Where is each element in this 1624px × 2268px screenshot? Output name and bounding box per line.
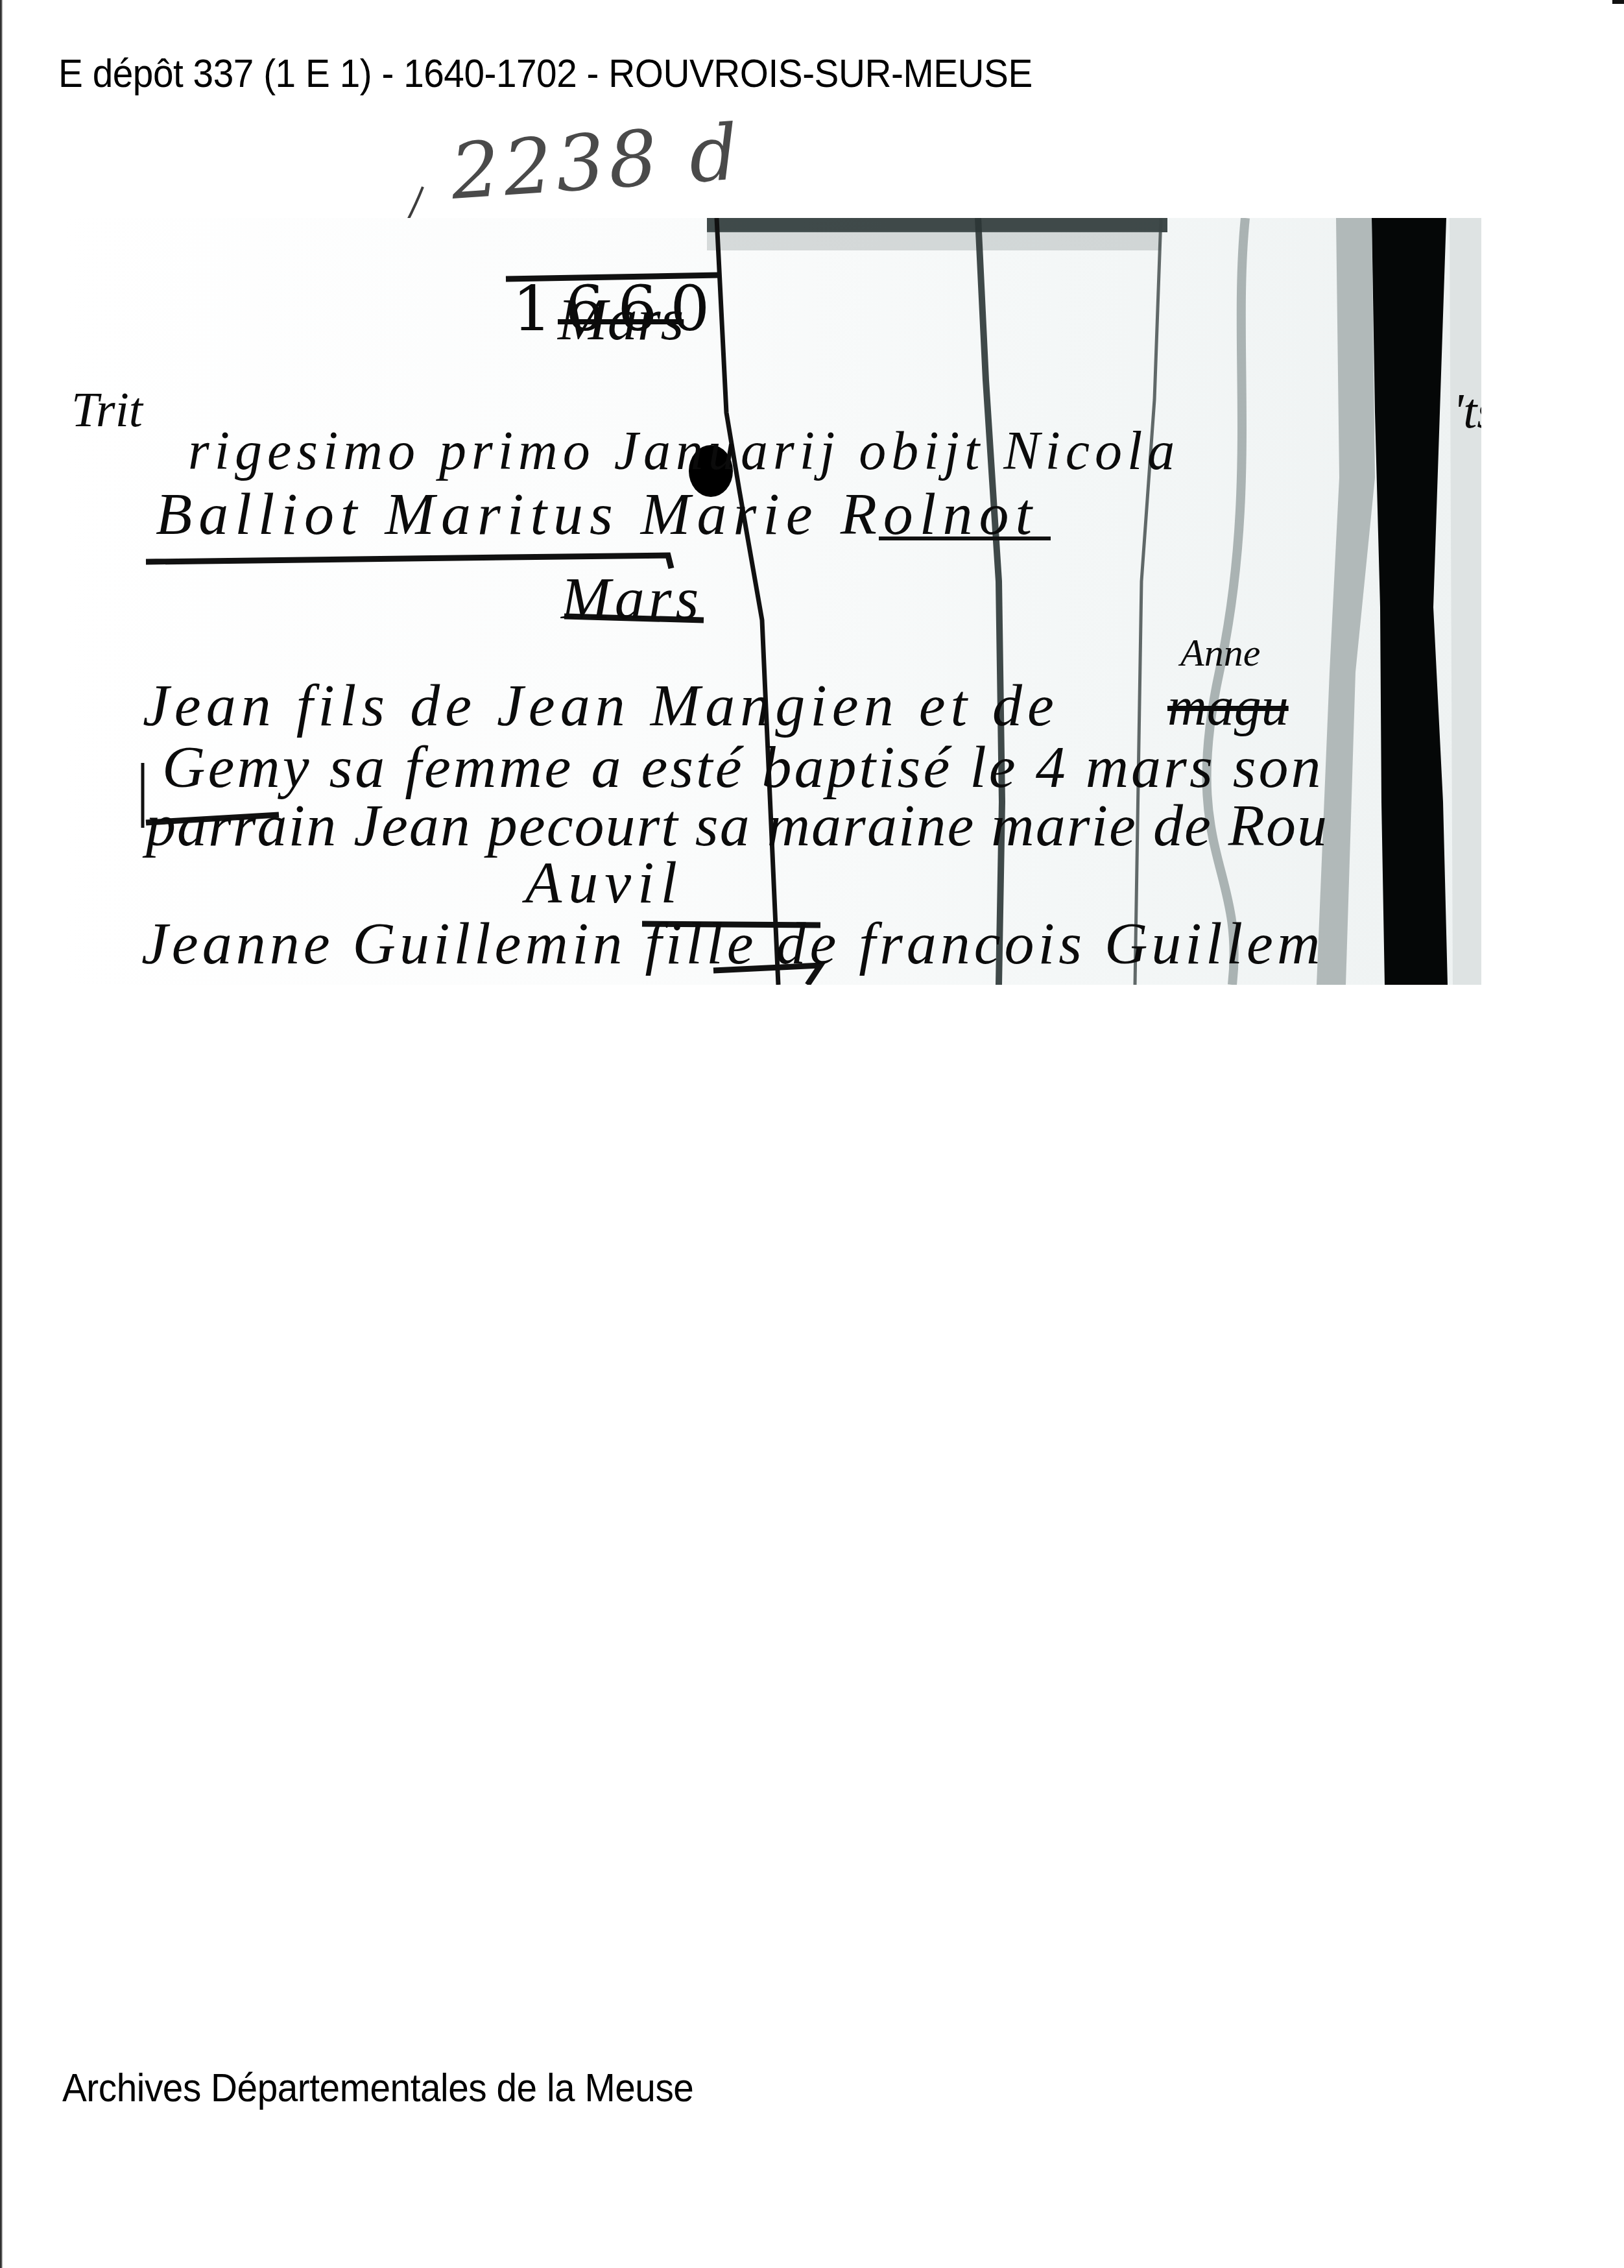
entry-2-line-1: Jean fils de Jean Mangien et de: [143, 675, 1059, 735]
document-footer: Archives Départementales de la Meuse: [62, 2065, 693, 2110]
entry-1-line-2: Balliot Maritus Marie Rolnot: [156, 484, 1038, 544]
heading-mars: Mars: [561, 568, 702, 628]
entry-2-insert: Anne: [1180, 633, 1260, 672]
heading-avril: Auvil: [525, 852, 684, 912]
entry-2-line-3: parrain Jean pecourt sa maraine marie de…: [146, 795, 1328, 855]
photo-fold-marks: [65, 218, 1481, 985]
heading-struck: Mars: [558, 289, 684, 349]
entry-2-struck-word: magu: [1167, 680, 1289, 734]
right-margin-fragment: 'ts: [1453, 387, 1481, 436]
left-margin-fragment: Trit: [71, 385, 143, 435]
entry-1-line-1: rigesimo primo Januarij obijt Nicola: [188, 424, 1180, 479]
entry-3-line-1: Jeanne Guillemin fille de francois Guill…: [141, 913, 1324, 973]
entry-2-line-2: Gemy sa femme a esté baptisé le 4 mars s…: [162, 737, 1324, 797]
manuscript-photograph: 1660 Mars Trit rigesimo primo Januarij o…: [65, 218, 1481, 985]
